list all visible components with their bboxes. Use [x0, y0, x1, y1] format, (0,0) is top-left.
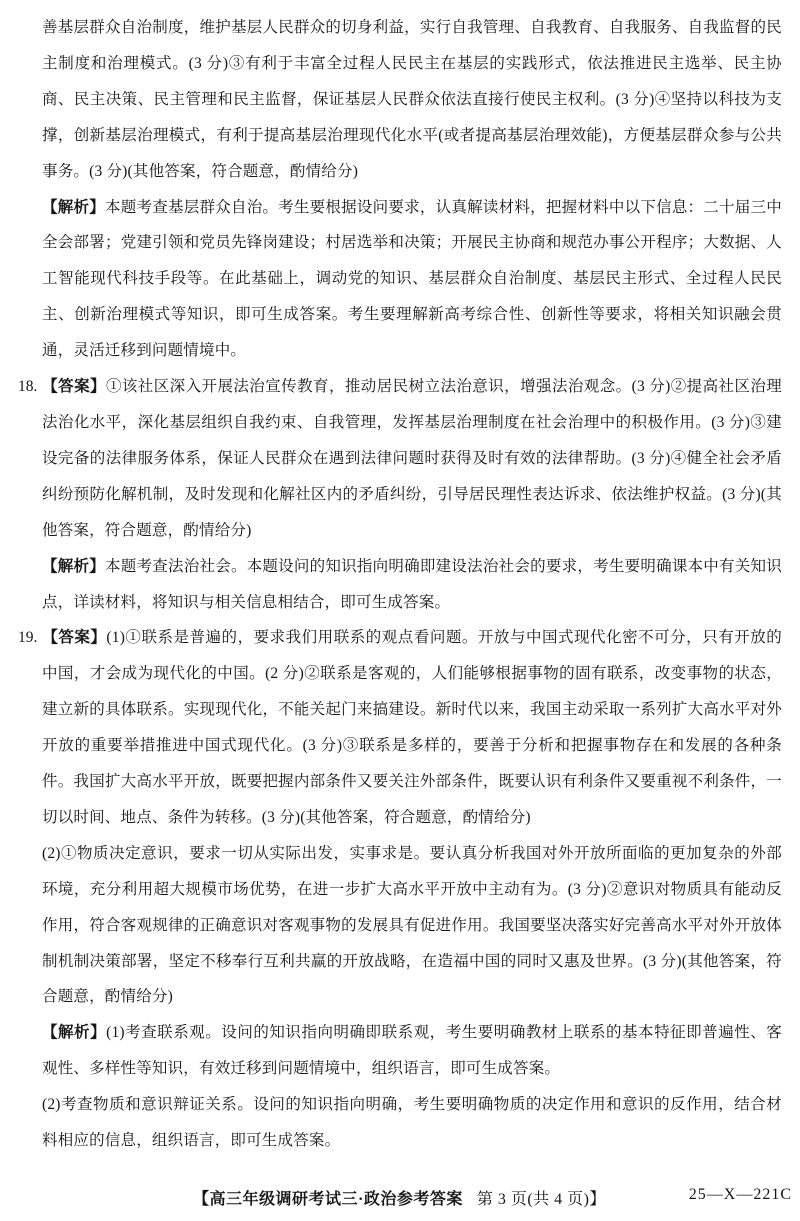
answer-text: (1)①联系是普遍的，要求我们用联系的观点看问题。开放与中国式现代化密不可分，只… [42, 629, 782, 826]
analysis-18: 【解析】本题考查法治社会。本题设问的知识指向明确即建设法治社会的要求，考生要明确… [42, 549, 782, 621]
document-body: 善基层群众自治制度，维护基层人民群众的切身利益，实行自我管理、自我教育、自我服务… [42, 10, 782, 1159]
document-page: 善基层群众自治制度，维护基层人民群众的切身利益，实行自我管理、自我教育、自我服务… [0, 0, 800, 1221]
item-number-19: 19. [18, 620, 42, 656]
analysis-label: 【解析】 [42, 199, 105, 216]
analysis-text: 本题考查法治社会。本题设问的知识指向明确即建设法治社会的要求，考生要明确课本中有… [42, 558, 782, 611]
answer-19-part1: 19.【答案】(1)①联系是普遍的，要求我们用联系的观点看问题。开放与中国式现代… [42, 620, 782, 835]
footer-paper-code: 25—X—221C [689, 1186, 792, 1204]
analysis-label: 【解析】 [42, 558, 105, 575]
footer-exam-title: 【高三年级调研考试三·政治参考答案第 3 页(共 4 页)】 [193, 1186, 606, 1209]
answer-19-part2: (2)①物质决定意识，要求一切从实际出发，实事求是。要认真分析我国对外开放所面临… [42, 836, 782, 1016]
analysis-19-part1: 【解析】(1)考查联系观。设问的知识指向明确即联系观，考生要明确教材上联系的基本… [42, 1015, 782, 1087]
analysis-text: 本题考查基层群众自治。考生要根据设问要求，认真解读材料，把握材料中以下信息：二十… [42, 199, 782, 360]
analysis-text: (1)考查联系观。设问的知识指向明确即联系观，考生要明确教材上联系的基本特征即普… [42, 1024, 782, 1077]
page-footer: 【高三年级调研考试三·政治参考答案第 3 页(共 4 页)】 25—X—221C [0, 1184, 800, 1214]
answer-18: 18.【答案】①该社区深入开展法治宣传教育，推动居民树立法治意识，增强法治观念。… [42, 369, 782, 549]
answer-text: (2)①物质决定意识，要求一切从实际出发，实事求是。要认真分析我国对外开放所面临… [42, 845, 782, 1006]
footer-page-number: 第 3 页(共 4 页)】 [477, 1186, 606, 1209]
answer-label: 【答案】 [42, 629, 106, 646]
answer-label: 【答案】 [42, 378, 106, 395]
analysis-text: (2)考查物质和意识辩证关系。设问的知识指向明确，考生要明确物质的决定作用和意识… [42, 1096, 782, 1149]
answer-text: 善基层群众自治制度，维护基层人民群众的切身利益，实行自我管理、自我教育、自我服务… [42, 19, 782, 180]
footer-title-text: 【高三年级调研考试三·政治参考答案 [193, 1191, 463, 1208]
analysis-17: 【解析】本题考查基层群众自治。考生要根据设问要求，认真解读材料，把握材料中以下信… [42, 190, 782, 370]
analysis-label: 【解析】 [42, 1024, 106, 1041]
answer-17-continuation: 善基层群众自治制度，维护基层人民群众的切身利益，实行自我管理、自我教育、自我服务… [42, 10, 782, 190]
item-number-18: 18. [18, 369, 42, 405]
analysis-19-part2: (2)考查物质和意识辩证关系。设问的知识指向明确，考生要明确物质的决定作用和意识… [42, 1087, 782, 1159]
answer-text: ①该社区深入开展法治宣传教育，推动居民树立法治意识，增强法治观念。(3 分)②提… [42, 378, 782, 539]
